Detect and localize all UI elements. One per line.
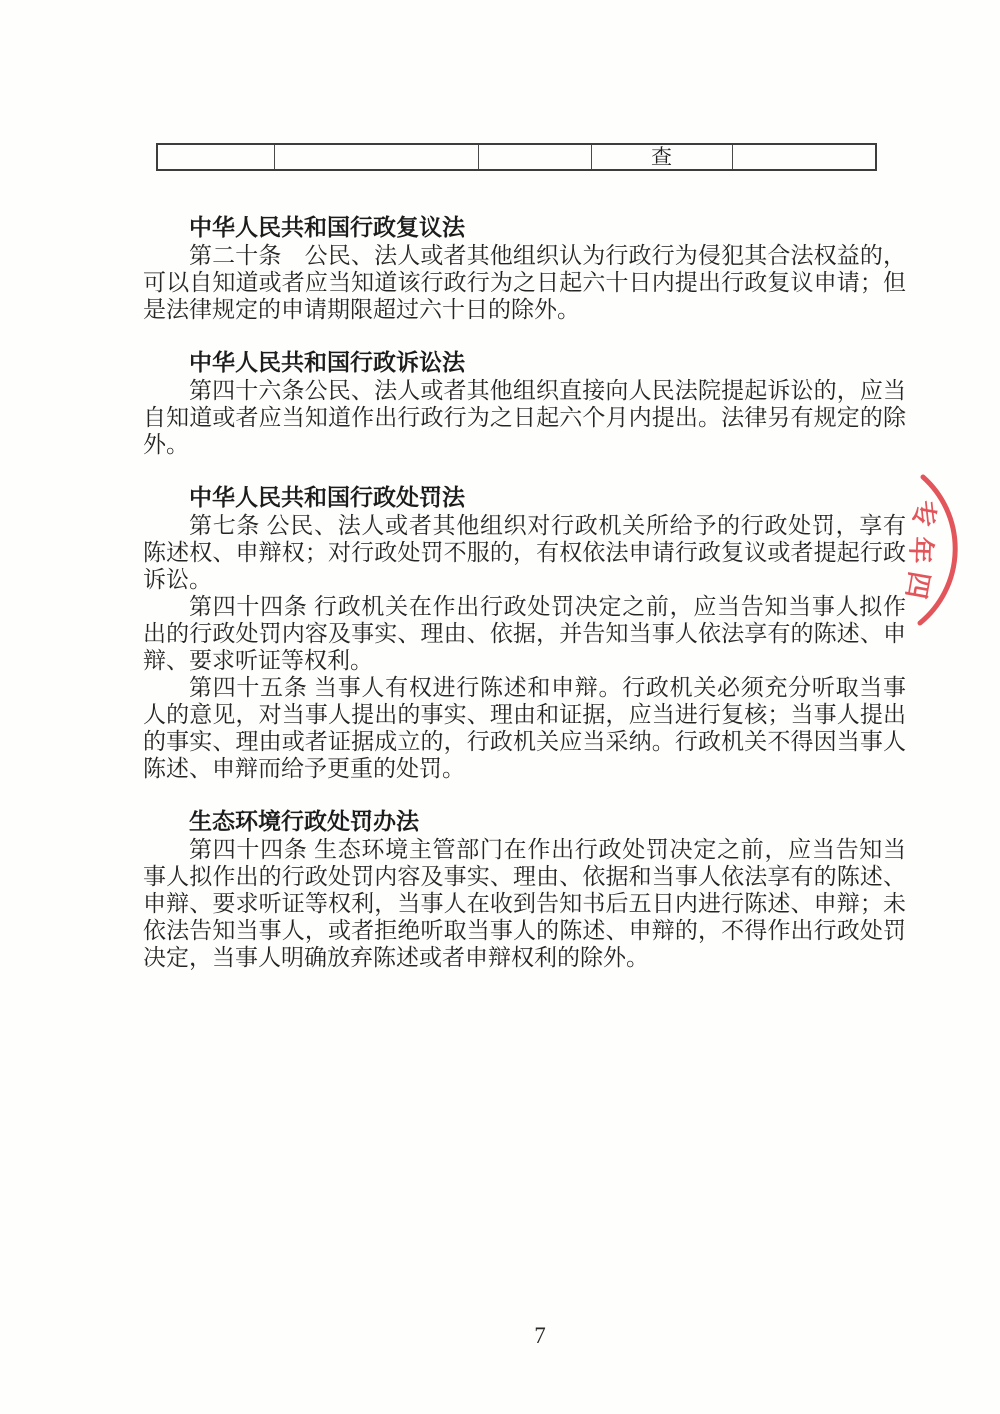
- paragraph: 第二十条 公民、法人或者其他组织认为行政行为侵犯其合法权益的，可以自知道或者应当…: [143, 242, 906, 323]
- stamp-character: 年: [904, 536, 937, 564]
- section-administrative-litigation-law: 中华人民共和国行政诉讼法 第四十六条公民、法人或者其他组织直接向人民法院提起诉讼…: [143, 350, 906, 458]
- table-row: 查: [157, 144, 876, 170]
- table-cell-2: [274, 144, 478, 170]
- page-number: 7: [510, 1322, 570, 1349]
- paragraph: 第四十五条 当事人有权进行陈述和申辩。行政机关必须充分听取当事人的意见，对当事人…: [143, 674, 906, 782]
- section-title: 中华人民共和国行政处罚法: [143, 485, 906, 512]
- document-body: 中华人民共和国行政复议法 第二十条 公民、法人或者其他组织认为行政行为侵犯其合法…: [143, 215, 906, 971]
- paragraph: 第四十四条 生态环境主管部门在作出行政处罚决定之前，应当告知当事人拟作出的行政处…: [143, 836, 906, 971]
- table-cell-3: [478, 144, 591, 170]
- section-title: 生态环境行政处罚办法: [143, 809, 906, 836]
- scan-table: 查: [156, 143, 877, 171]
- document-page: 查 中华人民共和国行政复议法 第二十条 公民、法人或者其他组织认为行政行为侵犯其…: [0, 0, 1000, 1414]
- section-administrative-reconsideration-law: 中华人民共和国行政复议法 第二十条 公民、法人或者其他组织认为行政行为侵犯其合法…: [143, 215, 906, 323]
- stamp-character: 专: [906, 499, 941, 529]
- table-cell-5: [732, 144, 876, 170]
- section-title: 中华人民共和国行政复议法: [143, 215, 906, 242]
- table-cell-4: 查: [591, 144, 732, 170]
- section-administrative-penalty-law: 中华人民共和国行政处罚法 第七条 公民、法人或者其他组织对行政机关所给予的行政处…: [143, 485, 906, 782]
- paragraph: 第七条 公民、法人或者其他组织对行政机关所给予的行政处罚，享有陈述权、申辩权；对…: [143, 512, 906, 593]
- section-title: 中华人民共和国行政诉讼法: [143, 350, 906, 377]
- paragraph: 第四十四条 行政机关在作出行政处罚决定之前，应当告知当事人拟作出的行政处罚内容及…: [143, 593, 906, 674]
- stamp-character: 四: [899, 569, 934, 601]
- section-eco-environment-penalty-measures: 生态环境行政处罚办法 第四十四条 生态环境主管部门在作出行政处罚决定之前，应当告…: [143, 809, 906, 971]
- official-stamp-icon: 专 年 四: [885, 455, 1000, 665]
- paragraph: 第四十六条公民、法人或者其他组织直接向人民法院提起诉讼的，应当自知道或者应当知道…: [143, 377, 906, 458]
- table-cell-1: [157, 144, 274, 170]
